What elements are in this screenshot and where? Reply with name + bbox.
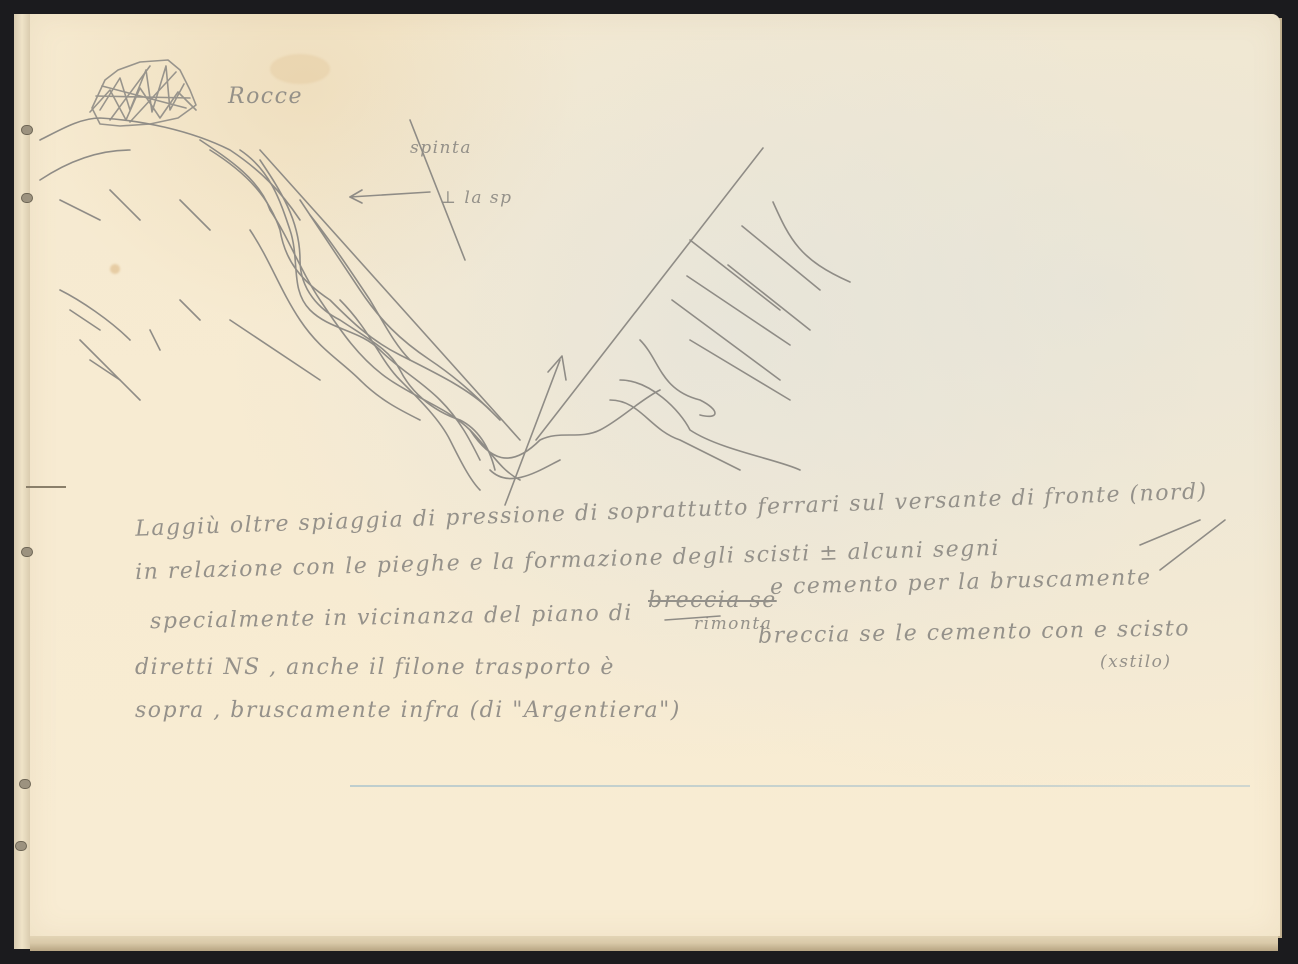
page-tear-mark: [26, 486, 66, 488]
binding-stitch: [22, 194, 32, 202]
note-line-5: sopra , bruscamente infra (di "Argentier…: [135, 698, 681, 723]
note-line-4: diretti NS , anche il filone trasporto è: [135, 655, 615, 680]
binding-stitch: [22, 126, 32, 134]
binding-stitch: [16, 842, 26, 850]
note-spinta: spinta: [410, 138, 472, 158]
paper-stain: [270, 54, 330, 84]
binding-stitch: [22, 548, 32, 556]
ruled-line: [350, 785, 1250, 787]
paper-stain: [110, 264, 120, 274]
sketchbook-page: [30, 14, 1280, 936]
struck-word: breccia se: [648, 588, 777, 613]
label-rocce: Rocce: [228, 84, 303, 109]
note-perpendicular: ⊥ la sp: [440, 188, 512, 208]
binding-stitch: [20, 780, 30, 788]
scan-background: Rocce spinta ⊥ la sp Laggiù oltre spiagg…: [0, 0, 1298, 964]
annotation-xstilo: (xstilo): [1100, 652, 1172, 672]
